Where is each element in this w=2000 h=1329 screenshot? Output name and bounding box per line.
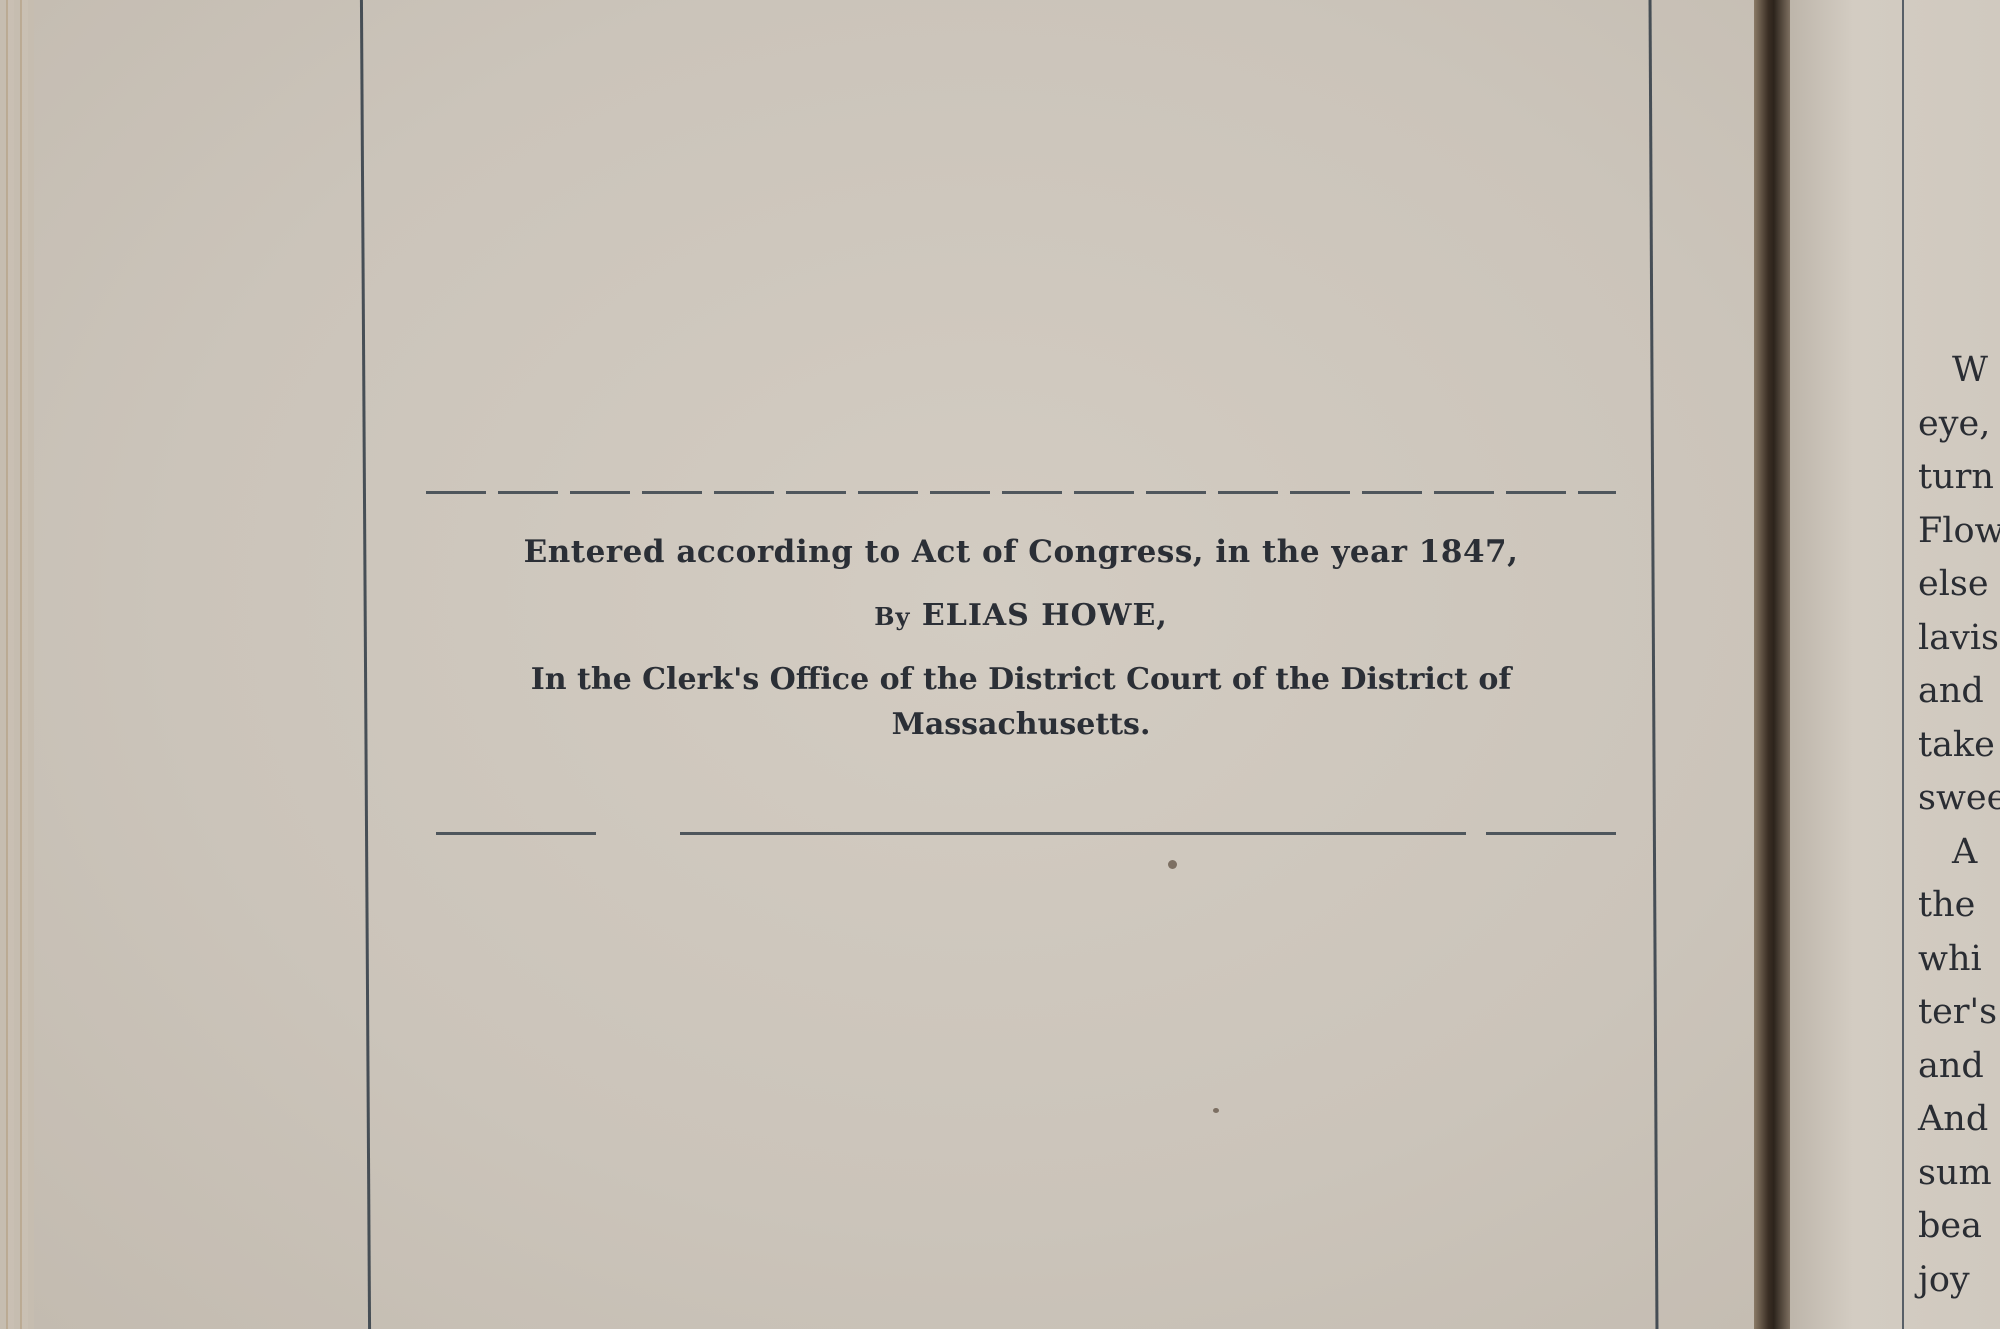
author-prefix: By (874, 602, 910, 631)
author-name: ELIAS HOWE, (922, 598, 1168, 633)
left-page: Entered according to Act of Congress, in… (34, 0, 1754, 1329)
text-line: W (1918, 344, 2000, 398)
author-line: By ELIAS HOWE, (426, 598, 1616, 633)
text-line: ter's (1918, 986, 2000, 1040)
text-line: else (1918, 558, 2000, 612)
ink-speck (1168, 860, 1177, 869)
book-photograph: Entered according to Act of Congress, in… (0, 0, 2000, 1329)
text-line: and (1918, 665, 2000, 719)
text-line: Flow (1918, 505, 2000, 559)
bottom-divider-rule (436, 832, 1616, 835)
text-line: turn (1918, 451, 2000, 505)
top-divider-rule (426, 491, 1616, 494)
text-line: bea (1918, 1200, 2000, 1254)
right-page-border-rule (1902, 0, 1904, 1329)
text-line: sum (1918, 1147, 2000, 1201)
facing-right-page: W eye, turn Flow else lavis and take swe… (1790, 0, 2000, 1329)
stacked-page-edges (0, 0, 34, 1329)
text-line: lavis (1918, 612, 2000, 666)
text-line: swee (1918, 772, 2000, 826)
text-line: And (1918, 1093, 2000, 1147)
text-line: whi (1918, 933, 2000, 987)
copyright-entry-line: Entered according to Act of Congress, in… (426, 534, 1616, 570)
page-border-left-rule (360, 0, 371, 1329)
text-line: and (1918, 1040, 2000, 1094)
page-border-right-rule (1649, 0, 1659, 1329)
ink-speck (1213, 1108, 1219, 1113)
text-line: A (1918, 826, 2000, 880)
text-line: the (1918, 879, 2000, 933)
text-line: eye, (1918, 398, 2000, 452)
text-line: take (1918, 719, 2000, 773)
copyright-imprint: Entered according to Act of Congress, in… (426, 530, 1616, 747)
clerk-office-line: In the Clerk's Office of the District Co… (426, 657, 1616, 747)
book-gutter-shadow (1754, 0, 1790, 1329)
facing-page-text-fragment: W eye, turn Flow else lavis and take swe… (1918, 344, 2000, 1307)
text-line: joy (1918, 1254, 2000, 1308)
